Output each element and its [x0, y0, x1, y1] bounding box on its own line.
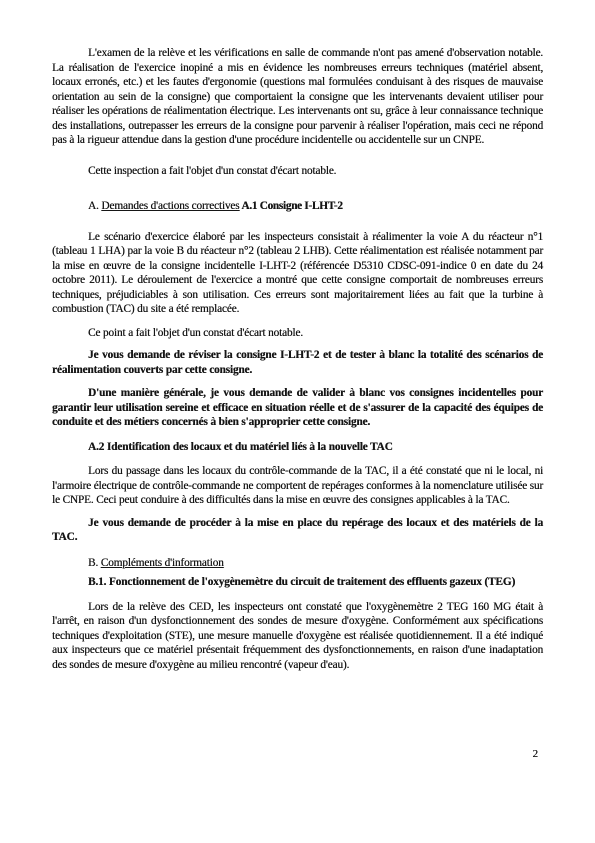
heading-a-prefix: A. [88, 200, 101, 212]
heading-section-a: A. Demandes d'actions correctives A.1 Co… [52, 199, 543, 214]
paragraph-locaux-controle-commande: Lors du passage dans les locaux du contr… [52, 464, 543, 508]
page-number: 2 [533, 747, 539, 761]
heading-b1-oxygenemetre: B.1. Fonctionnement de l'oxygènemètre du… [52, 575, 543, 590]
paragraph-demande-reperage: Je vous demande de procéder à la mise en… [52, 516, 543, 545]
letter-body: L'examen de la relève et les vérificatio… [52, 46, 543, 672]
paragraph-constat-inspection: Cette inspection a fait l'objet d'un con… [52, 164, 543, 179]
heading-a-title: Demandes d'actions correctives [101, 200, 239, 212]
paragraph-scenario-exercice: Le scénario d'exercice élaboré par les i… [52, 230, 543, 317]
paragraph-demande-revision-consigne: Je vous demande de réviser la consigne I… [52, 348, 543, 377]
heading-section-b: B. Compléments d'information [52, 556, 543, 571]
paragraph-demande-validation-blanc: D'une manière générale, je vous demande … [52, 386, 543, 430]
paragraph-releve-ced: Lors de la relève des CED, les inspecteu… [52, 600, 543, 673]
document-page: L'examen de la relève et les vérificatio… [0, 0, 595, 843]
heading-a1-consigne: A.1 Consigne I-LHT-2 [239, 200, 342, 212]
paragraph-constat-ecart: Ce point a fait l'objet d'un constat d'é… [52, 326, 543, 341]
heading-a2-identification: A.2 Identification des locaux et du maté… [52, 440, 543, 455]
heading-b-prefix: B. [88, 557, 101, 569]
paragraph-exam-releve: L'examen de la relève et les vérificatio… [52, 46, 543, 148]
heading-b-title: Compléments d'information [101, 557, 224, 569]
